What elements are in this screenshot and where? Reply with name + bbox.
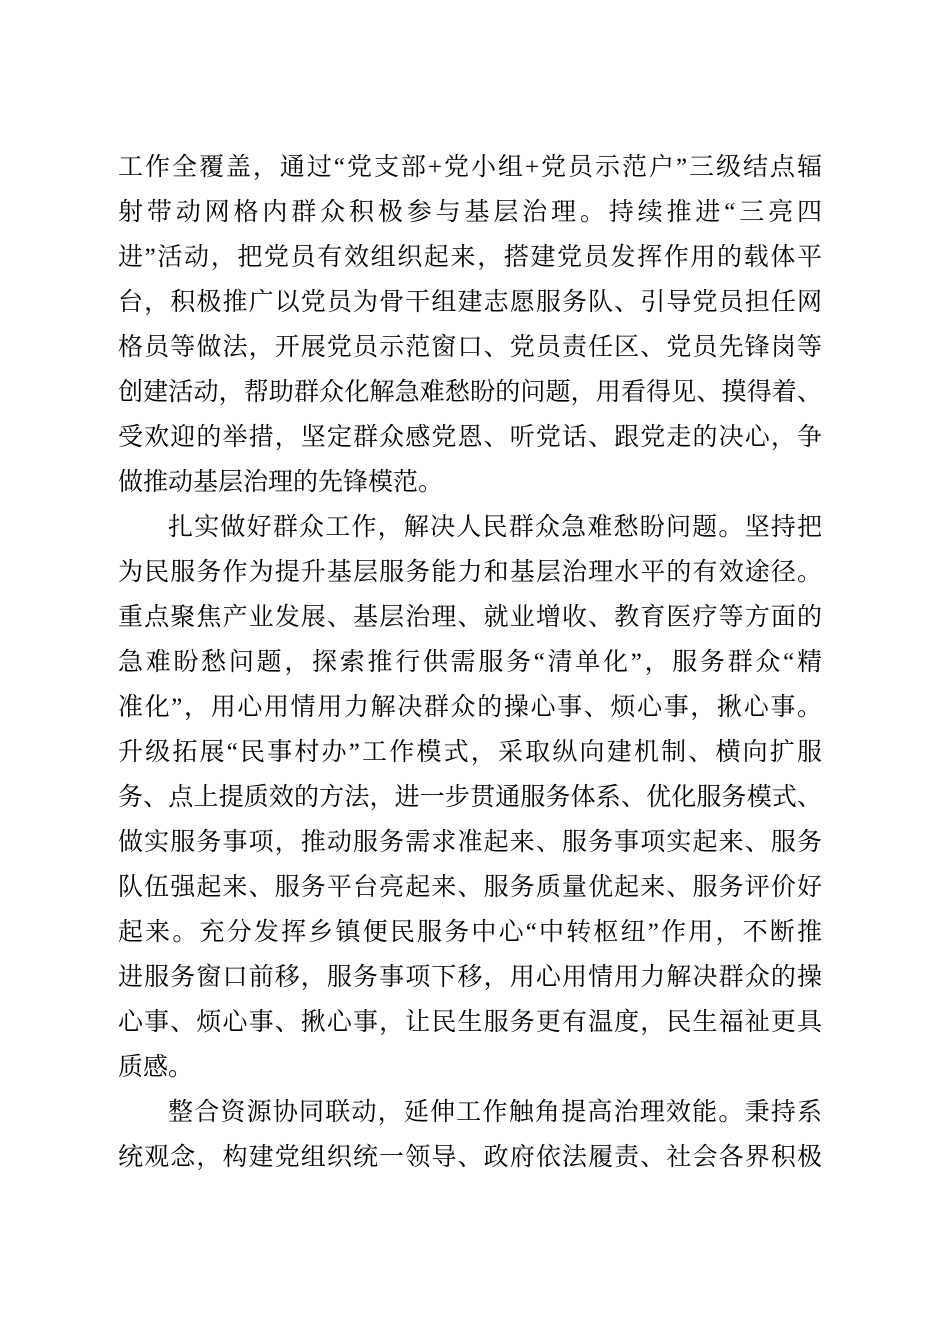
- text-line: 工作全覆盖，通过“党支部+党小组+党员示范户”三级结点辐: [118, 145, 822, 190]
- text-line: 做推动基层治理的先锋模范。: [118, 460, 822, 505]
- text-line: 台，积极推广以党员为骨干组建志愿服务队、引导党员担任网: [118, 280, 822, 325]
- text-line: 准化”，用心用情用力解决群众的操心事、烦心事，揪心事。: [118, 685, 822, 730]
- text-line: 质感。: [118, 1045, 822, 1090]
- text-line: 格员等做法，开展党员示范窗口、党员责任区、党员先锋岗等: [118, 325, 822, 370]
- text-line: 统观念，构建党组织统一领导、政府依法履责、社会各界积极: [118, 1135, 822, 1180]
- text-line: 整合资源协同联动，延伸工作触角提高治理效能。秉持系: [118, 1090, 822, 1135]
- text-line: 重点聚焦产业发展、基层治理、就业增收、教育医疗等方面的: [118, 595, 822, 640]
- text-block: 工作全覆盖，通过“党支部+党小组+党员示范户”三级结点辐 射带动网格内群众积极参…: [118, 145, 822, 1180]
- text-line: 为民服务作为提升基层服务能力和基层治理水平的有效途径。: [118, 550, 822, 595]
- text-line: 起来。充分发挥乡镇便民服务中心“中转枢纽”作用，不断推: [118, 910, 822, 955]
- text-line: 急难盼愁问题，探索推行供需服务“清单化”，服务群众“精: [118, 640, 822, 685]
- text-line: 务、点上提质效的方法，进一步贯通服务体系、优化服务模式、: [118, 775, 822, 820]
- text-line: 队伍强起来、服务平台亮起来、服务质量优起来、服务评价好: [118, 865, 822, 910]
- text-line: 扎实做好群众工作，解决人民群众急难愁盼问题。坚持把: [118, 505, 822, 550]
- text-line: 射带动网格内群众积极参与基层治理。持续推进“三亮四: [118, 190, 822, 235]
- paragraph-2: 扎实做好群众工作，解决人民群众急难愁盼问题。坚持把 为民服务作为提升基层服务能力…: [118, 505, 822, 1090]
- text-line: 进服务窗口前移，服务事项下移，用心用情用力解决群众的操: [118, 955, 822, 1000]
- text-line: 受欢迎的举措，坚定群众感党恩、听党话、跟党走的决心，争: [118, 415, 822, 460]
- text-line: 升级拓展“民事村办”工作模式，采取纵向建机制、横向扩服: [118, 730, 822, 775]
- text-line: 做实服务事项，推动服务需求准起来、服务事项实起来、服务: [118, 820, 822, 865]
- document-page: 工作全覆盖，通过“党支部+党小组+党员示范户”三级结点辐 射带动网格内群众积极参…: [0, 0, 950, 1344]
- paragraph-1: 工作全覆盖，通过“党支部+党小组+党员示范户”三级结点辐 射带动网格内群众积极参…: [118, 145, 822, 505]
- paragraph-3: 整合资源协同联动，延伸工作触角提高治理效能。秉持系 统观念，构建党组织统一领导、…: [118, 1090, 822, 1180]
- text-line: 心事、烦心事、揪心事，让民生服务更有温度，民生福祉更具: [118, 1000, 822, 1045]
- text-line: 创建活动，帮助群众化解急难愁盼的问题，用看得见、摸得着、: [118, 370, 822, 415]
- text-line: 进”活动，把党员有效组织起来，搭建党员发挥作用的载体平: [118, 235, 822, 280]
